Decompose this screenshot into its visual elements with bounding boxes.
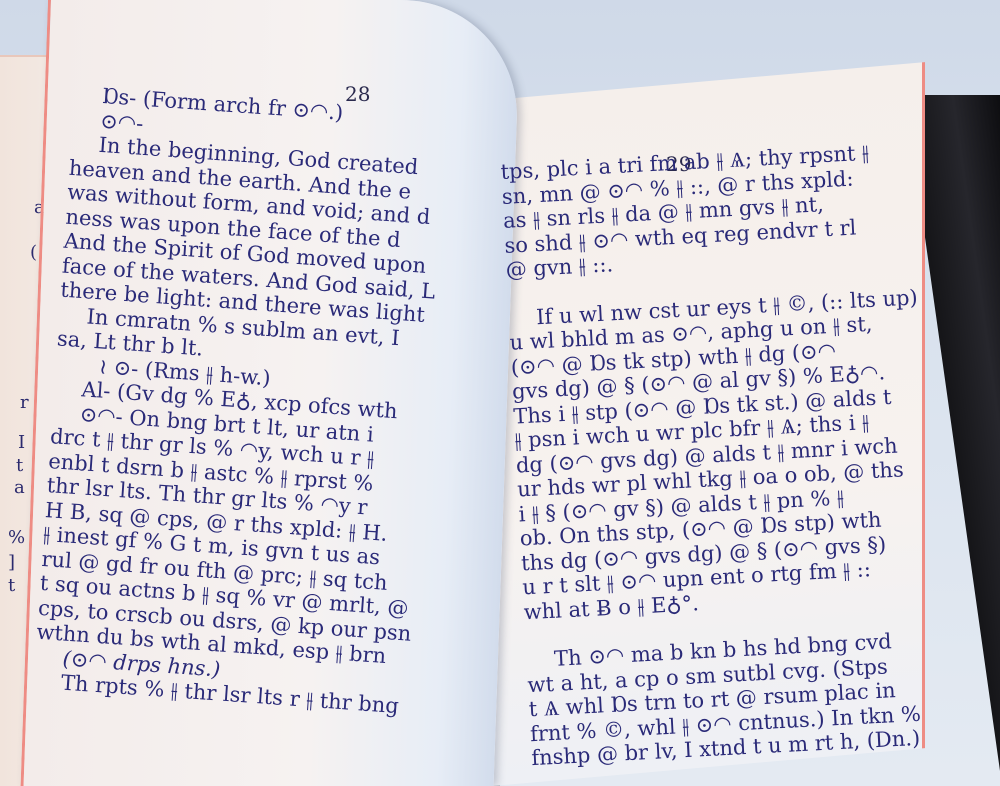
back-page-fragment: r bbox=[20, 392, 29, 413]
back-page-fragment: a bbox=[14, 477, 25, 498]
back-page-fragment: t bbox=[8, 575, 15, 596]
back-page-fragment: I bbox=[18, 432, 25, 453]
right-page-text: tps, plc i a tri fm ab ⫲ Ѧ; thy rpsnt ⫲ … bbox=[500, 139, 941, 771]
back-page-fragment: ] bbox=[8, 552, 15, 573]
left-page-text: Ɒs- (Form arch fr ⊙◠.) ⊙◠- In the beginn… bbox=[32, 82, 448, 719]
back-page-fragment: ( bbox=[30, 242, 37, 263]
back-page-fragment: t bbox=[16, 455, 23, 476]
back-page-fragment: % bbox=[8, 527, 25, 548]
